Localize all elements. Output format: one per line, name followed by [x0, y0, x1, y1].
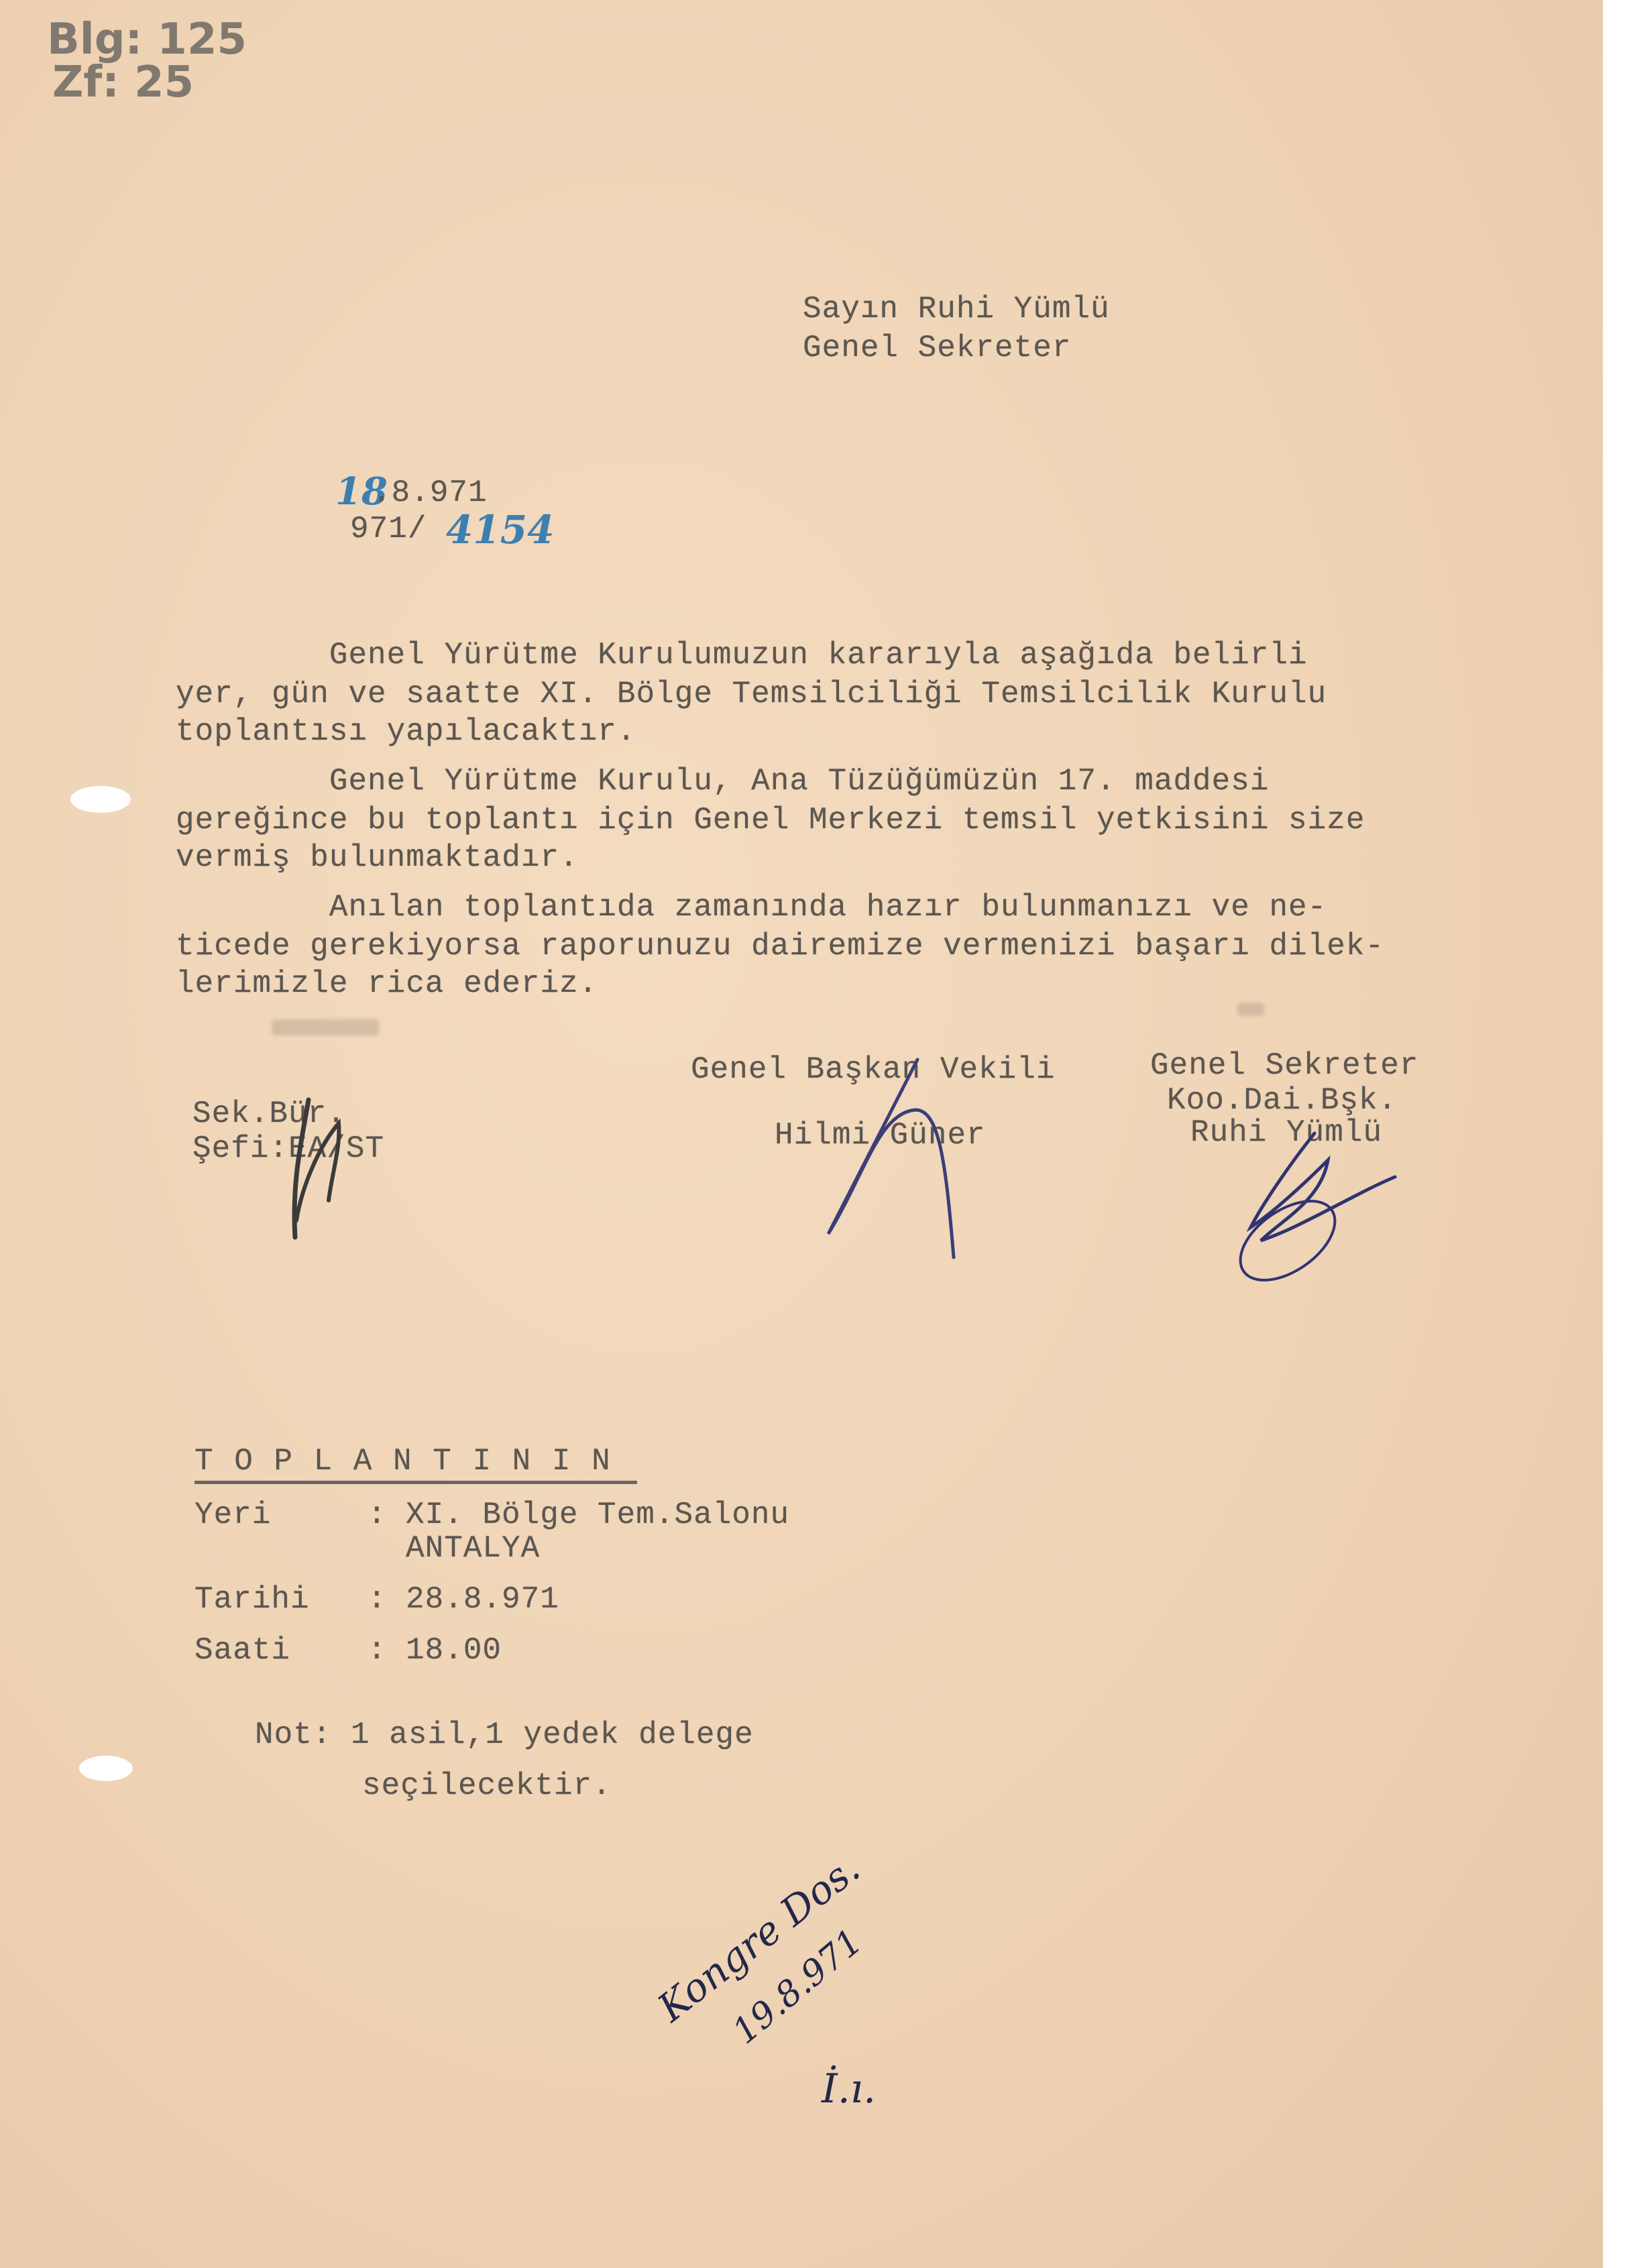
ink-smudge — [1237, 1003, 1264, 1016]
meeting-value-city: ANTALYA — [406, 1529, 540, 1568]
meeting-sep: : — [368, 1631, 387, 1670]
ref-number-handwritten: 4154 — [446, 507, 554, 553]
meeting-heading-underline — [194, 1481, 637, 1484]
meeting-value-time: 18.00 — [406, 1631, 502, 1670]
meeting-label-time: Saati — [194, 1631, 290, 1670]
archive-mark-zf: Zf: 25 — [52, 62, 194, 103]
meeting-label-date: Tarihi — [194, 1580, 310, 1619]
deputy-chair-signature — [805, 1053, 1033, 1267]
body-line: lerimizle rica ederiz. — [176, 964, 598, 1003]
scan-margin — [1603, 0, 1627, 2268]
body-line: vermiş bulunmaktadır. — [176, 838, 579, 877]
body-line: Genel Yürütme Kurulumuzun kararıyla aşağ… — [176, 636, 1308, 675]
body-line: Anılan toplantıda zamanında hazır bulunm… — [176, 888, 1327, 927]
punch-hole-bottom — [79, 1756, 133, 1781]
body-line: yer, gün ve saatte XI. Bölge Temsilciliğ… — [176, 675, 1327, 714]
body-line: ticede gerekiyorsa raporunuzu dairemize … — [176, 927, 1384, 966]
body-line: Genel Yürütme Kurulu, Ana Tüzüğümüzün 17… — [176, 762, 1269, 801]
meeting-sep: : — [368, 1495, 387, 1534]
archive-mark-blg: Blg: 125 — [47, 19, 247, 60]
meeting-note-line1: Not: 1 asil,1 yedek delege — [255, 1715, 754, 1754]
meeting-sep: : — [368, 1580, 387, 1619]
punch-hole-top — [70, 786, 131, 813]
recipient-name: Sayın Ruhi Yümlü — [803, 290, 1110, 329]
recipient-title: Genel Sekreter — [803, 329, 1071, 367]
meeting-label-place: Yeri — [194, 1495, 271, 1534]
handwritten-note-initials: İ.ı. — [822, 2065, 876, 2112]
ref-number-typed: 971/ — [350, 510, 427, 549]
secretary-signature — [1221, 1127, 1435, 1288]
ink-smudge — [272, 1019, 379, 1035]
meeting-note-line2: seçilecektir. — [362, 1766, 612, 1805]
meeting-value-date: 28.8.971 — [406, 1580, 559, 1619]
secretary-title: Genel Sekreter — [1150, 1046, 1418, 1085]
body-line: toplantısı yapılacaktır. — [176, 712, 636, 751]
meeting-heading: T O P L A N T I N I N — [194, 1442, 612, 1481]
body-line: gereğince bu toplantı için Genel Merkezi… — [176, 801, 1365, 840]
bureau-initials-signature — [262, 1086, 396, 1247]
